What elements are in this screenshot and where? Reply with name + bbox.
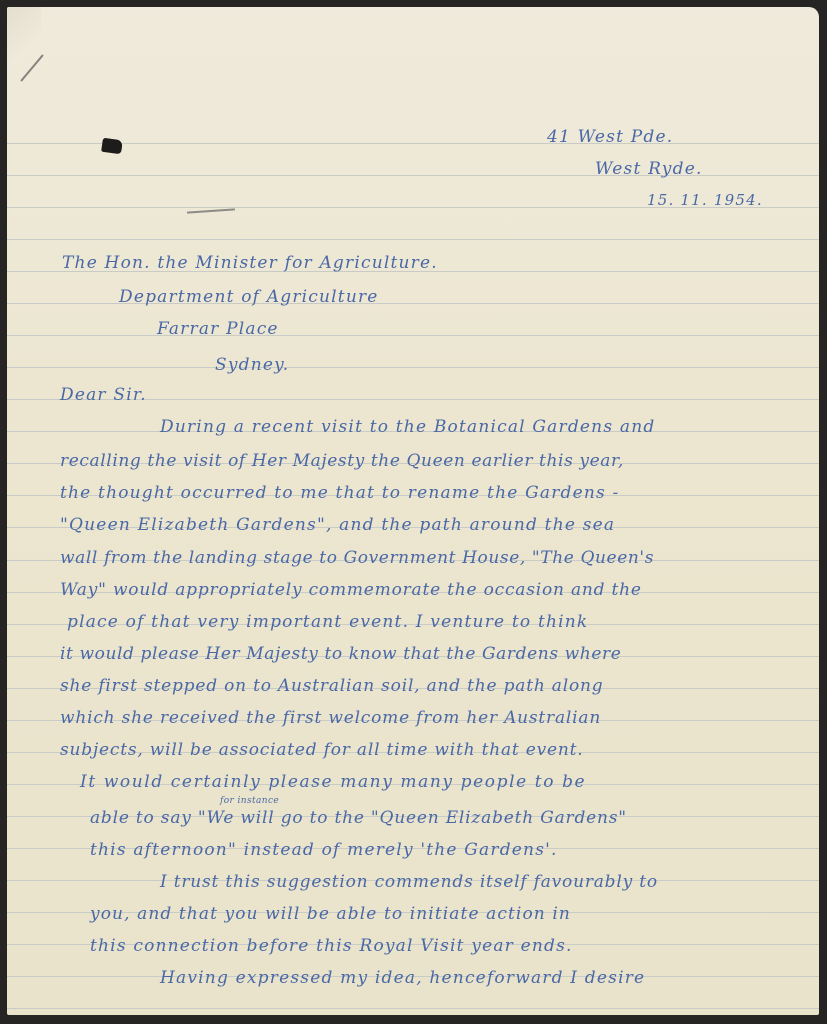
pencil-mark [187, 208, 235, 213]
body-line: "Queen Elizabeth Gardens", and the path … [60, 517, 615, 534]
ruled-line [7, 1008, 819, 1009]
body-line: Having expressed my idea, henceforward I… [160, 970, 645, 987]
body-line: wall from the landing stage to Governmen… [60, 550, 654, 567]
salutation: Dear Sir. [60, 387, 147, 404]
body-line: this connection before this Royal Visit … [90, 938, 573, 955]
ruled-line [7, 239, 819, 240]
body-line: which she received the first welcome fro… [60, 710, 601, 727]
recipient-line1: The Hon. the Minister for Agriculture. [62, 255, 438, 272]
body-line: the thought occurred to me that to renam… [60, 485, 619, 502]
body-line: you, and that you will be able to initia… [90, 906, 571, 923]
body-line: recalling the visit of Her Majesty the Q… [60, 453, 624, 470]
body-line: During a recent visit to the Botanical G… [160, 419, 655, 436]
letter-page: 41 West Pde. West Ryde. 15. 11. 1954. Th… [7, 7, 819, 1015]
recipient-line4: Sydney. [215, 357, 289, 374]
body-line: place of that very important event. I ve… [67, 614, 588, 631]
punch-hole-mark [101, 138, 123, 155]
body-line: it would please Her Majesty to know that… [60, 646, 621, 663]
ruled-line [7, 335, 819, 336]
body-line: It would certainly please many many peop… [80, 774, 586, 791]
body-line: I trust this suggestion commends itself … [160, 874, 658, 891]
recipient-line2: Department of Agriculture [119, 289, 379, 306]
corner-crease-mark [20, 54, 43, 81]
body-line: this afternoon" instead of merely 'the G… [90, 842, 558, 859]
recipient-line3: Farrar Place [157, 321, 279, 338]
sender-address-line1: 41 West Pde. [547, 129, 673, 146]
ruled-line [7, 143, 819, 144]
letter-date: 15. 11. 1954. [647, 193, 763, 208]
ruled-line [7, 367, 819, 368]
body-line: able to say "We will go to the "Queen El… [90, 810, 627, 827]
body-line: she first stepped on to Australian soil,… [60, 678, 603, 695]
body-line: subjects, will be associated for all tim… [60, 742, 583, 759]
body-line: Way" would appropriately commemorate the… [60, 582, 642, 599]
sender-address-line2: West Ryde. [595, 161, 703, 178]
interlinear-insertion: for instance [220, 797, 279, 806]
